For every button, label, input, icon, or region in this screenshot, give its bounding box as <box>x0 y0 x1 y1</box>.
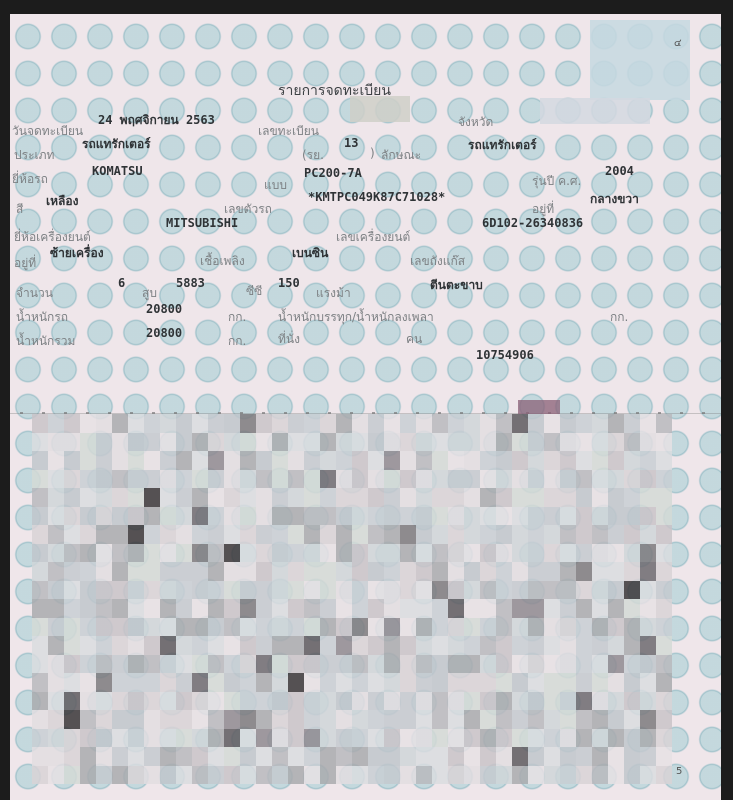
pixel-block <box>432 525 448 544</box>
pixel-block <box>464 562 480 581</box>
pixel-block <box>128 673 144 692</box>
pixel-block <box>608 581 624 600</box>
pixel-block <box>448 581 464 600</box>
pixel-block <box>544 488 560 507</box>
pixel-block <box>176 433 192 452</box>
pixel-block <box>320 581 336 600</box>
pixel-block <box>192 636 208 655</box>
pixel-block <box>208 729 224 748</box>
pixel-block <box>320 710 336 729</box>
pixel-block <box>336 562 352 581</box>
pixel-block <box>512 414 528 433</box>
pixel-block <box>544 451 560 470</box>
pixel-block <box>192 451 208 470</box>
pixel-block <box>240 433 256 452</box>
pixel-block <box>384 599 400 618</box>
pixel-block <box>304 673 320 692</box>
pixel-block <box>544 766 560 785</box>
pixel-block <box>496 599 512 618</box>
pixel-block <box>288 581 304 600</box>
pixel-block <box>400 414 416 433</box>
pixel-block <box>528 581 544 600</box>
pixel-block <box>240 692 256 711</box>
pixel-block <box>48 451 64 470</box>
pixel-block <box>256 525 272 544</box>
pixel-block <box>352 525 368 544</box>
pixel-block <box>256 618 272 637</box>
pixel-block <box>384 636 400 655</box>
pixel-block <box>528 636 544 655</box>
pixel-block <box>96 766 112 785</box>
pixel-block <box>144 673 160 692</box>
pixel-block <box>320 636 336 655</box>
pixel-block <box>480 618 496 637</box>
pixel-block <box>256 581 272 600</box>
pixel-block <box>320 470 336 489</box>
pixel-block <box>96 692 112 711</box>
pixel-block <box>384 562 400 581</box>
pixel-block <box>64 673 80 692</box>
pixel-block <box>512 488 528 507</box>
pixel-block <box>608 655 624 674</box>
pixel-block <box>464 710 480 729</box>
pixel-block <box>32 618 48 637</box>
pixel-block <box>304 747 320 766</box>
pixel-block <box>112 488 128 507</box>
pixel-block <box>144 766 160 785</box>
pixel-block <box>448 710 464 729</box>
pixel-block <box>656 747 672 766</box>
redacted-province <box>540 98 650 124</box>
pixel-block <box>528 488 544 507</box>
pixel-block <box>576 673 592 692</box>
pixel-block <box>288 488 304 507</box>
pixel-block <box>512 729 528 748</box>
pixel-block <box>288 433 304 452</box>
pixel-block <box>544 562 560 581</box>
pixel-block <box>608 766 624 785</box>
pixel-block <box>464 673 480 692</box>
pixel-block <box>384 766 400 785</box>
pixel-block <box>272 655 288 674</box>
pixel-block <box>128 562 144 581</box>
pixel-block <box>48 507 64 526</box>
pixel-block <box>496 414 512 433</box>
pixel-block <box>304 581 320 600</box>
pixel-block <box>64 581 80 600</box>
pixel-block <box>80 433 96 452</box>
pixel-block <box>272 433 288 452</box>
pixel-block <box>400 673 416 692</box>
pixel-block <box>288 451 304 470</box>
pixel-block <box>96 414 112 433</box>
pixel-block <box>176 710 192 729</box>
pixel-block <box>176 414 192 433</box>
pixel-block <box>464 581 480 600</box>
pixel-block <box>176 766 192 785</box>
pixel-block <box>304 451 320 470</box>
pixel-block <box>48 618 64 637</box>
pixel-block <box>256 599 272 618</box>
pixel-block <box>608 525 624 544</box>
pixel-block <box>304 710 320 729</box>
pixel-block <box>544 581 560 600</box>
pixel-block <box>528 599 544 618</box>
pixel-block <box>160 599 176 618</box>
pixel-block <box>560 673 576 692</box>
pixel-block <box>208 655 224 674</box>
pixel-block <box>656 729 672 748</box>
pixel-block <box>128 581 144 600</box>
pixel-block <box>32 451 48 470</box>
pixel-block <box>608 599 624 618</box>
pixel-block <box>336 710 352 729</box>
pixel-block <box>368 618 384 637</box>
pixel-block <box>224 433 240 452</box>
load-weight-label: น้ำหนักบรรทุก/น้ำหนักลงเพลา <box>278 308 434 327</box>
pixel-block <box>48 488 64 507</box>
pixel-block <box>144 599 160 618</box>
pixel-block <box>64 655 80 674</box>
pixel-block <box>32 562 48 581</box>
pixel-block <box>352 562 368 581</box>
pixel-block <box>160 766 176 785</box>
pixel-block <box>624 433 640 452</box>
pixel-block <box>224 544 240 563</box>
pixel-block <box>80 451 96 470</box>
pixel-block <box>528 655 544 674</box>
pixel-block <box>32 655 48 674</box>
pixel-block <box>416 562 432 581</box>
pixel-block <box>368 414 384 433</box>
pixel-block <box>272 525 288 544</box>
pixel-block <box>352 710 368 729</box>
pixel-block <box>112 636 128 655</box>
pixel-block <box>608 692 624 711</box>
pixel-block <box>160 673 176 692</box>
pixel-block <box>480 433 496 452</box>
pixel-block <box>560 488 576 507</box>
pixel-block <box>544 414 560 433</box>
pixel-block <box>112 747 128 766</box>
pixel-block <box>368 710 384 729</box>
pixel-block <box>112 618 128 637</box>
pixel-block <box>544 655 560 674</box>
pixel-block <box>32 673 48 692</box>
pixel-block <box>272 692 288 711</box>
pixel-block <box>368 747 384 766</box>
brand-label: ยี่ห้อรถ <box>12 170 48 189</box>
pixel-block <box>544 433 560 452</box>
pixel-block <box>416 451 432 470</box>
pixel-block <box>256 433 272 452</box>
pixel-block <box>368 433 384 452</box>
pixel-block <box>48 581 64 600</box>
pixel-block <box>224 562 240 581</box>
pixel-block <box>176 451 192 470</box>
pixel-block <box>464 544 480 563</box>
pixel-block <box>48 766 64 785</box>
pixel-block <box>96 599 112 618</box>
pixel-block <box>224 692 240 711</box>
pixel-block <box>304 544 320 563</box>
pixel-block <box>288 544 304 563</box>
pixel-block <box>592 747 608 766</box>
pixel-block <box>144 692 160 711</box>
cylinders-value: 6 <box>118 276 125 290</box>
pixel-block <box>240 525 256 544</box>
pixel-block <box>80 470 96 489</box>
pixel-block <box>640 599 656 618</box>
pixel-block <box>32 525 48 544</box>
pixel-block <box>400 599 416 618</box>
pixel-block <box>48 747 64 766</box>
pixel-block <box>192 729 208 748</box>
pixel-block <box>224 636 240 655</box>
pixel-block <box>352 488 368 507</box>
pixel-block <box>624 451 640 470</box>
pixel-block <box>304 766 320 785</box>
pixel-block <box>352 766 368 785</box>
registration-document-page: ๔ รายการจดทะเบียน วันจดทะเบียน 24 พฤศจิก… <box>10 14 721 800</box>
pixel-block <box>208 488 224 507</box>
pixel-block <box>192 599 208 618</box>
pixel-block <box>448 729 464 748</box>
pixel-block <box>528 525 544 544</box>
pixel-block <box>448 544 464 563</box>
pixel-block <box>432 673 448 692</box>
pixel-block <box>352 470 368 489</box>
pixel-block <box>272 766 288 785</box>
pixel-block <box>320 655 336 674</box>
pixel-block <box>416 747 432 766</box>
pixel-block <box>432 581 448 600</box>
pixel-block <box>464 766 480 785</box>
pixel-block <box>464 599 480 618</box>
pixel-block <box>32 710 48 729</box>
pixel-block <box>144 451 160 470</box>
pixel-block <box>352 581 368 600</box>
pixel-block <box>512 451 528 470</box>
pixel-block <box>128 747 144 766</box>
pixel-block <box>528 729 544 748</box>
pixel-block <box>464 729 480 748</box>
pixel-block <box>560 525 576 544</box>
pixel-block <box>400 766 416 785</box>
pixel-block <box>336 544 352 563</box>
pixel-block <box>368 636 384 655</box>
pixel-block <box>32 766 48 785</box>
pixel-block <box>208 433 224 452</box>
pixel-block <box>80 414 96 433</box>
pixel-block <box>224 618 240 637</box>
pixel-block <box>352 692 368 711</box>
pixel-block <box>448 599 464 618</box>
pixel-block <box>240 470 256 489</box>
pixel-block <box>240 581 256 600</box>
pixel-block <box>560 562 576 581</box>
pixel-block <box>496 655 512 674</box>
pixel-block <box>640 488 656 507</box>
pixel-block <box>416 655 432 674</box>
pixel-block <box>448 766 464 785</box>
pixel-block <box>256 562 272 581</box>
pixel-block <box>64 747 80 766</box>
pixel-block <box>384 488 400 507</box>
pixel-block <box>320 433 336 452</box>
pixel-block <box>560 655 576 674</box>
pixel-block <box>384 414 400 433</box>
pixel-block <box>320 673 336 692</box>
pixel-block <box>48 729 64 748</box>
pixel-block <box>432 618 448 637</box>
pixel-block <box>592 766 608 785</box>
pixel-block <box>608 747 624 766</box>
pixel-block <box>48 673 64 692</box>
pixel-block <box>352 451 368 470</box>
pixel-block <box>128 414 144 433</box>
pixel-block <box>320 414 336 433</box>
pixel-block <box>256 470 272 489</box>
pixel-block <box>336 488 352 507</box>
pixel-block <box>96 525 112 544</box>
pixel-block <box>176 618 192 637</box>
registration-number-label: เลขทะเบียน <box>258 122 319 141</box>
pixel-block <box>128 544 144 563</box>
pixel-block <box>384 655 400 674</box>
pixel-block <box>576 581 592 600</box>
pixel-block <box>416 414 432 433</box>
pixel-block <box>176 507 192 526</box>
pixel-block <box>128 710 144 729</box>
pixel-block <box>464 414 480 433</box>
gas-tank-label: เลขถังแก๊ส <box>410 252 465 271</box>
pixel-block <box>128 488 144 507</box>
pixel-block <box>304 655 320 674</box>
cc-unit: ซีซี <box>246 282 262 301</box>
pixel-block <box>336 747 352 766</box>
pixel-block <box>144 414 160 433</box>
pixel-block <box>656 507 672 526</box>
pixel-block <box>112 692 128 711</box>
pixel-block <box>352 673 368 692</box>
pixel-block <box>496 525 512 544</box>
pixel-block <box>544 692 560 711</box>
pixel-block <box>96 451 112 470</box>
pixel-block <box>256 544 272 563</box>
pixel-block <box>240 636 256 655</box>
pixel-block <box>240 747 256 766</box>
engine-number-value: 6D102-26340836 <box>482 216 583 230</box>
pixel-block <box>128 692 144 711</box>
pixel-block <box>368 451 384 470</box>
pixel-block <box>448 507 464 526</box>
pixel-block <box>624 470 640 489</box>
pixel-block <box>64 729 80 748</box>
pixel-block <box>592 525 608 544</box>
pixel-block <box>160 544 176 563</box>
pixel-block <box>432 488 448 507</box>
pixel-block <box>80 710 96 729</box>
pixel-block <box>64 507 80 526</box>
pixel-block <box>608 488 624 507</box>
pixel-block <box>368 673 384 692</box>
pixel-block <box>192 618 208 637</box>
pixel-block <box>192 562 208 581</box>
pixel-block <box>80 599 96 618</box>
pixel-block <box>160 414 176 433</box>
pixel-block <box>608 618 624 637</box>
gross-weight-unit: กก. <box>228 332 246 351</box>
pixel-block <box>272 470 288 489</box>
engine-brand-value: MITSUBISHI <box>166 216 238 230</box>
pixel-block <box>64 451 80 470</box>
pixel-block <box>112 470 128 489</box>
pixel-block <box>192 470 208 489</box>
pixel-block <box>80 581 96 600</box>
pixel-block <box>144 544 160 563</box>
pixel-block <box>96 562 112 581</box>
pixel-block <box>576 488 592 507</box>
horsepower-value: 150 <box>278 276 300 290</box>
pixel-block <box>640 544 656 563</box>
pixel-block <box>224 470 240 489</box>
pixel-block <box>624 581 640 600</box>
pixel-block <box>240 655 256 674</box>
pixel-block <box>320 729 336 748</box>
pixel-block <box>224 507 240 526</box>
pixel-block <box>608 729 624 748</box>
document-title: รายการจดทะเบียน <box>278 80 391 102</box>
pixel-block <box>48 525 64 544</box>
pixel-block <box>192 581 208 600</box>
pixel-block <box>512 673 528 692</box>
pixel-block <box>496 507 512 526</box>
type-value: รถแทรักเตอร์ <box>82 135 151 154</box>
fuel-value: เบนซิน <box>292 244 328 263</box>
pixel-block <box>368 562 384 581</box>
pixel-block <box>384 747 400 766</box>
pixel-block <box>384 433 400 452</box>
pixel-block <box>176 562 192 581</box>
pixel-block <box>480 507 496 526</box>
pixel-block <box>656 581 672 600</box>
pixel-block <box>288 618 304 637</box>
pixel-block <box>208 692 224 711</box>
pixel-block <box>320 747 336 766</box>
pixel-block <box>656 636 672 655</box>
pixel-block <box>128 507 144 526</box>
pixel-block <box>656 433 672 452</box>
pixel-block <box>288 692 304 711</box>
pixel-block <box>640 766 656 785</box>
pixel-block <box>448 470 464 489</box>
pixel-block <box>192 673 208 692</box>
pixel-block <box>592 581 608 600</box>
pixel-block <box>272 636 288 655</box>
pixel-block <box>176 729 192 748</box>
pixel-block <box>384 470 400 489</box>
pixel-block <box>112 562 128 581</box>
pixel-block <box>208 562 224 581</box>
pixel-block <box>464 655 480 674</box>
pixel-block <box>32 414 48 433</box>
pixel-block <box>352 599 368 618</box>
pixel-block <box>112 414 128 433</box>
pixel-block <box>384 710 400 729</box>
pixel-block <box>144 433 160 452</box>
pixel-block <box>304 433 320 452</box>
